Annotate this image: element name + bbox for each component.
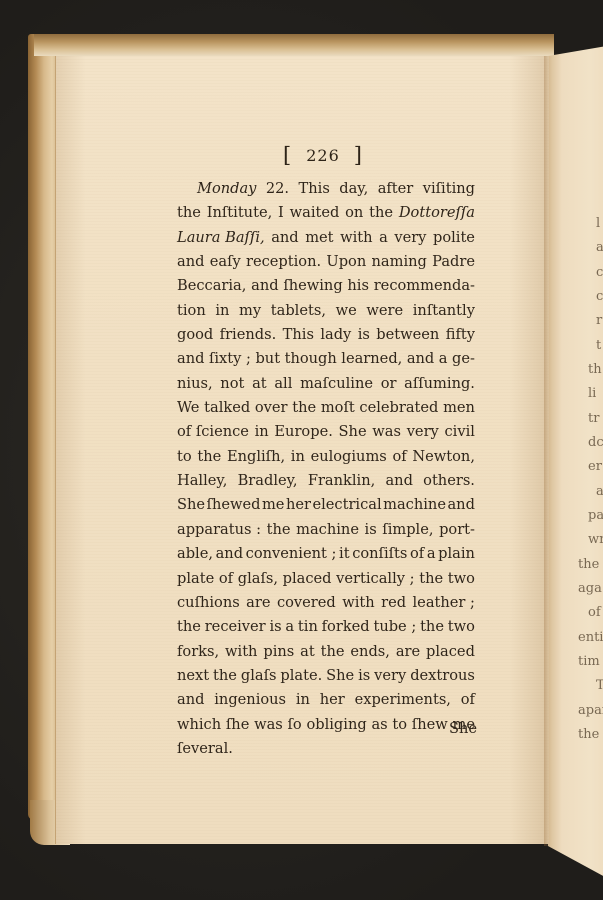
facing-page-fragment: enti — [578, 630, 603, 645]
word: convenient ; — [246, 542, 337, 566]
word: with — [225, 640, 257, 664]
facing-page-fragment: a — [596, 240, 603, 255]
word: naming — [372, 250, 427, 274]
word: vertically ; — [336, 567, 414, 591]
word: tin — [298, 615, 318, 639]
word: and — [216, 542, 243, 566]
word: of — [219, 567, 233, 591]
word: which — [177, 713, 221, 737]
word: eulogiums — [311, 445, 387, 469]
text-line: andeaſyreception.UponnamingPadre — [177, 250, 475, 274]
word: reception. — [246, 250, 321, 274]
text-line: andſixty ;butthoughlearned,andage- — [177, 347, 475, 371]
word: Upon — [326, 250, 366, 274]
text-line: cuſhionsarecoveredwithredleather ; — [177, 591, 475, 615]
text-line: apparatus :themachineisſimple,port- — [177, 518, 475, 542]
word: was — [254, 713, 283, 737]
word: covered — [277, 591, 336, 615]
text-line: whichſhewasſoobligingastoſhewme — [177, 713, 475, 737]
word: viſiting — [423, 177, 475, 201]
word: of ſcience — [177, 420, 249, 444]
word: the — [197, 445, 221, 469]
word: very — [374, 664, 406, 688]
word: or — [381, 372, 397, 396]
text-line: thereceiverisatinforkedtube ;thetwo — [177, 615, 475, 639]
facing-page-fragment: tr — [588, 411, 599, 426]
word: cuſhions — [177, 591, 240, 615]
word: in — [255, 420, 269, 444]
word: very — [407, 420, 439, 444]
word: Dottoreſſa — [399, 201, 475, 225]
word: ſhewed — [207, 493, 261, 517]
word: This — [299, 177, 330, 201]
word: the — [419, 567, 443, 591]
word: polite — [433, 226, 475, 250]
word: ſhe — [226, 713, 249, 737]
word: with — [342, 591, 374, 615]
page-stack-top-edge — [34, 34, 554, 56]
folio-bracket-open: [ — [283, 143, 292, 167]
word: She — [339, 420, 367, 444]
word: are — [396, 640, 420, 664]
word: placed — [283, 567, 332, 591]
word: over — [255, 396, 288, 420]
word: next — [177, 664, 209, 688]
word: the — [321, 640, 345, 664]
word: not — [220, 372, 244, 396]
word: plate. — [280, 664, 322, 688]
text-line: Monday22.Thisday,afterviſiting — [177, 177, 475, 201]
word: is — [269, 615, 281, 639]
word: it — [339, 542, 350, 566]
word: met — [305, 226, 333, 250]
word: We — [177, 396, 199, 420]
word: ge- — [452, 347, 475, 371]
word: Inſtitute, — [207, 201, 273, 225]
page-number: [ 226 ] — [283, 143, 363, 167]
word: This — [283, 323, 314, 347]
word: inſtantly — [413, 299, 475, 323]
word: ſo — [288, 713, 302, 737]
word: on — [345, 201, 363, 225]
word: a — [427, 542, 436, 566]
word: we — [336, 299, 357, 323]
gutter-shadow — [544, 56, 552, 846]
word: Halley, — [177, 469, 227, 493]
word: the — [292, 396, 316, 420]
facing-page-fragment: a — [596, 484, 603, 499]
word: ingenious — [214, 688, 286, 712]
word: tube ; — [373, 615, 416, 639]
word: Beccaria, — [177, 274, 246, 298]
word: the — [267, 518, 291, 542]
word: Newton, — [412, 445, 475, 469]
text-line: andingeniousinherexperiments,of — [177, 688, 475, 712]
text-line: theInſtitute,IwaitedontheDottoreſſa — [177, 201, 475, 225]
text-line: tioninmytablets,wewereinſtantly — [177, 299, 475, 323]
word: is — [358, 664, 370, 688]
facing-page-fragment: l — [596, 216, 600, 231]
word: the — [369, 201, 393, 225]
word: plate — [177, 567, 214, 591]
word: learned, — [341, 347, 402, 371]
text-line: Wetalkedoverthemoſtcelebratedmen — [177, 396, 475, 420]
facing-page-fragment: li — [588, 386, 596, 401]
word: Monday — [197, 177, 256, 201]
word: Europe. — [274, 420, 332, 444]
facing-page-fragment: r — [596, 313, 602, 328]
text-line: Halley,Bradley,Franklin,andothers. — [177, 469, 475, 493]
word: the — [213, 664, 237, 688]
text-line: nexttheglaſsplate.Sheisverydextrous — [177, 664, 475, 688]
word: is — [365, 518, 377, 542]
word: in — [296, 688, 310, 712]
word: and — [271, 226, 298, 250]
word: in — [291, 445, 305, 469]
facing-page-fragment: t — [596, 338, 601, 353]
word: were — [366, 299, 403, 323]
word: placed — [426, 640, 475, 664]
facing-page-fragment: dc — [588, 435, 603, 450]
word: me — [262, 493, 284, 517]
word: the — [177, 615, 201, 639]
word: red — [381, 591, 406, 615]
word: after — [378, 177, 414, 201]
word: recommenda- — [374, 274, 475, 298]
word: day, — [339, 177, 368, 201]
word: as — [371, 713, 387, 737]
text-line: forks,withpinsattheends,areplaced — [177, 640, 475, 664]
word: She — [177, 493, 205, 517]
word: of — [392, 445, 406, 469]
word: to — [177, 445, 192, 469]
word: machine — [383, 493, 446, 517]
word: glaſs, — [238, 567, 278, 591]
word: his — [347, 274, 369, 298]
word: ſhewing — [283, 274, 342, 298]
word: and — [177, 688, 204, 712]
word: ſixty ; — [209, 347, 251, 371]
word: forks, — [177, 640, 219, 664]
word: moſt — [321, 396, 355, 420]
word: ſhew — [412, 713, 448, 737]
word: and — [177, 250, 204, 274]
text-line: ſeveral. — [177, 737, 475, 761]
word: aſſuming. — [404, 372, 475, 396]
text-line: nius,notatallmaſculineoraſſuming. — [177, 372, 475, 396]
facing-page-fragment: the — [578, 727, 599, 742]
word: the — [420, 615, 444, 639]
word: to — [392, 713, 407, 737]
word: nius, — [177, 372, 213, 396]
word: apparatus : — [177, 518, 261, 542]
word: port- — [439, 518, 475, 542]
word: able, — [177, 542, 213, 566]
word: and — [447, 493, 474, 517]
word: and — [385, 469, 412, 493]
word: electrical — [312, 493, 381, 517]
text-line: Beccaria,andſhewinghisrecommenda- — [177, 274, 475, 298]
word: Laura Baſſi, — [177, 226, 265, 250]
word: others. — [423, 469, 475, 493]
word: all — [274, 372, 292, 396]
facing-page-fragment: er — [588, 459, 602, 474]
word: receiver — [205, 615, 266, 639]
word: experiments, — [355, 688, 451, 712]
word: eaſy — [210, 250, 241, 274]
facing-page-fragment: tim — [578, 654, 600, 669]
word: her — [320, 688, 345, 712]
word: at — [252, 372, 267, 396]
word: celebrated — [359, 396, 438, 420]
word: Padre — [432, 250, 475, 274]
facing-page-fragment: the — [578, 557, 599, 572]
word: obliging — [306, 713, 366, 737]
facing-page-fragment: c — [596, 265, 603, 280]
word: ends, — [350, 640, 390, 664]
word: She — [326, 664, 354, 688]
word: tablets, — [271, 299, 326, 323]
text-line: able,andconvenient ;itconſiſtsofaplain — [177, 542, 475, 566]
word: ſeveral. — [177, 737, 233, 761]
word: but — [255, 347, 280, 371]
word: waited — [290, 201, 340, 225]
text-line: Sheſhewedmeherelectricalmachineand — [177, 493, 475, 517]
word: machine — [296, 518, 359, 542]
word: a — [379, 226, 388, 250]
word: and — [407, 347, 434, 371]
word: at — [300, 640, 315, 664]
word: two — [448, 567, 475, 591]
word: the — [177, 201, 201, 225]
word: dextrous — [410, 664, 475, 688]
word: my — [239, 299, 261, 323]
facing-page-fragment: aga — [578, 581, 602, 596]
text-line: totheEngliſh,ineulogiumsofNewton, — [177, 445, 475, 469]
catchword: She — [449, 720, 477, 737]
word: plain — [438, 542, 475, 566]
word: between — [376, 323, 439, 347]
word: her — [286, 493, 311, 517]
word: fifty — [446, 323, 475, 347]
word: glaſs — [241, 664, 277, 688]
body-text: Monday22.Thisday,afterviſitingtheInſtitu… — [177, 177, 475, 761]
folio-number: 226 — [306, 146, 340, 165]
word: with — [340, 226, 372, 250]
word: pins — [263, 640, 294, 664]
word: 22. — [266, 177, 289, 201]
word: very — [394, 226, 426, 250]
word: a — [439, 347, 448, 371]
folio-bracket-close: ] — [354, 143, 363, 167]
word: I — [278, 201, 284, 225]
word: two — [448, 615, 475, 639]
word: civil — [445, 420, 475, 444]
word: was — [372, 420, 401, 444]
word: friends. — [220, 323, 277, 347]
word: talked — [204, 396, 250, 420]
word: men — [443, 396, 475, 420]
word: Bradley, — [238, 469, 298, 493]
word: Engliſh, — [227, 445, 285, 469]
word: tion — [177, 299, 206, 323]
word: leather ; — [413, 591, 475, 615]
word: in — [215, 299, 229, 323]
word: conſiſts — [352, 542, 407, 566]
word: are — [246, 591, 270, 615]
word: ſimple, — [382, 518, 433, 542]
word: though — [285, 347, 337, 371]
word: of — [461, 688, 475, 712]
facing-page-fragment: of — [588, 605, 601, 620]
word: and — [177, 347, 204, 371]
facing-page-fragment: apar — [578, 703, 603, 718]
text-line: goodfriends.Thisladyisbetweenfifty — [177, 323, 475, 347]
word: and — [251, 274, 278, 298]
word: is — [358, 323, 370, 347]
word: forked — [322, 615, 370, 639]
text-line: of ſcienceinEurope.Shewasverycivil — [177, 420, 475, 444]
facing-page-fragment: th — [588, 362, 602, 377]
word: maſculine — [300, 372, 373, 396]
word: a — [285, 615, 294, 639]
word: Franklin, — [308, 469, 375, 493]
word: lady — [320, 323, 351, 347]
facing-page-fragment: T — [596, 678, 603, 693]
word: good — [177, 323, 213, 347]
text-line: Laura Baſſi,andmetwithaverypolite — [177, 226, 475, 250]
facing-page-fragment: wr — [588, 532, 603, 547]
text-line: plateofglaſs,placedvertically ;thetwo — [177, 567, 475, 591]
facing-page-fragment: c — [596, 289, 603, 304]
facing-page-fragment: pa — [588, 508, 603, 523]
word: of — [410, 542, 424, 566]
